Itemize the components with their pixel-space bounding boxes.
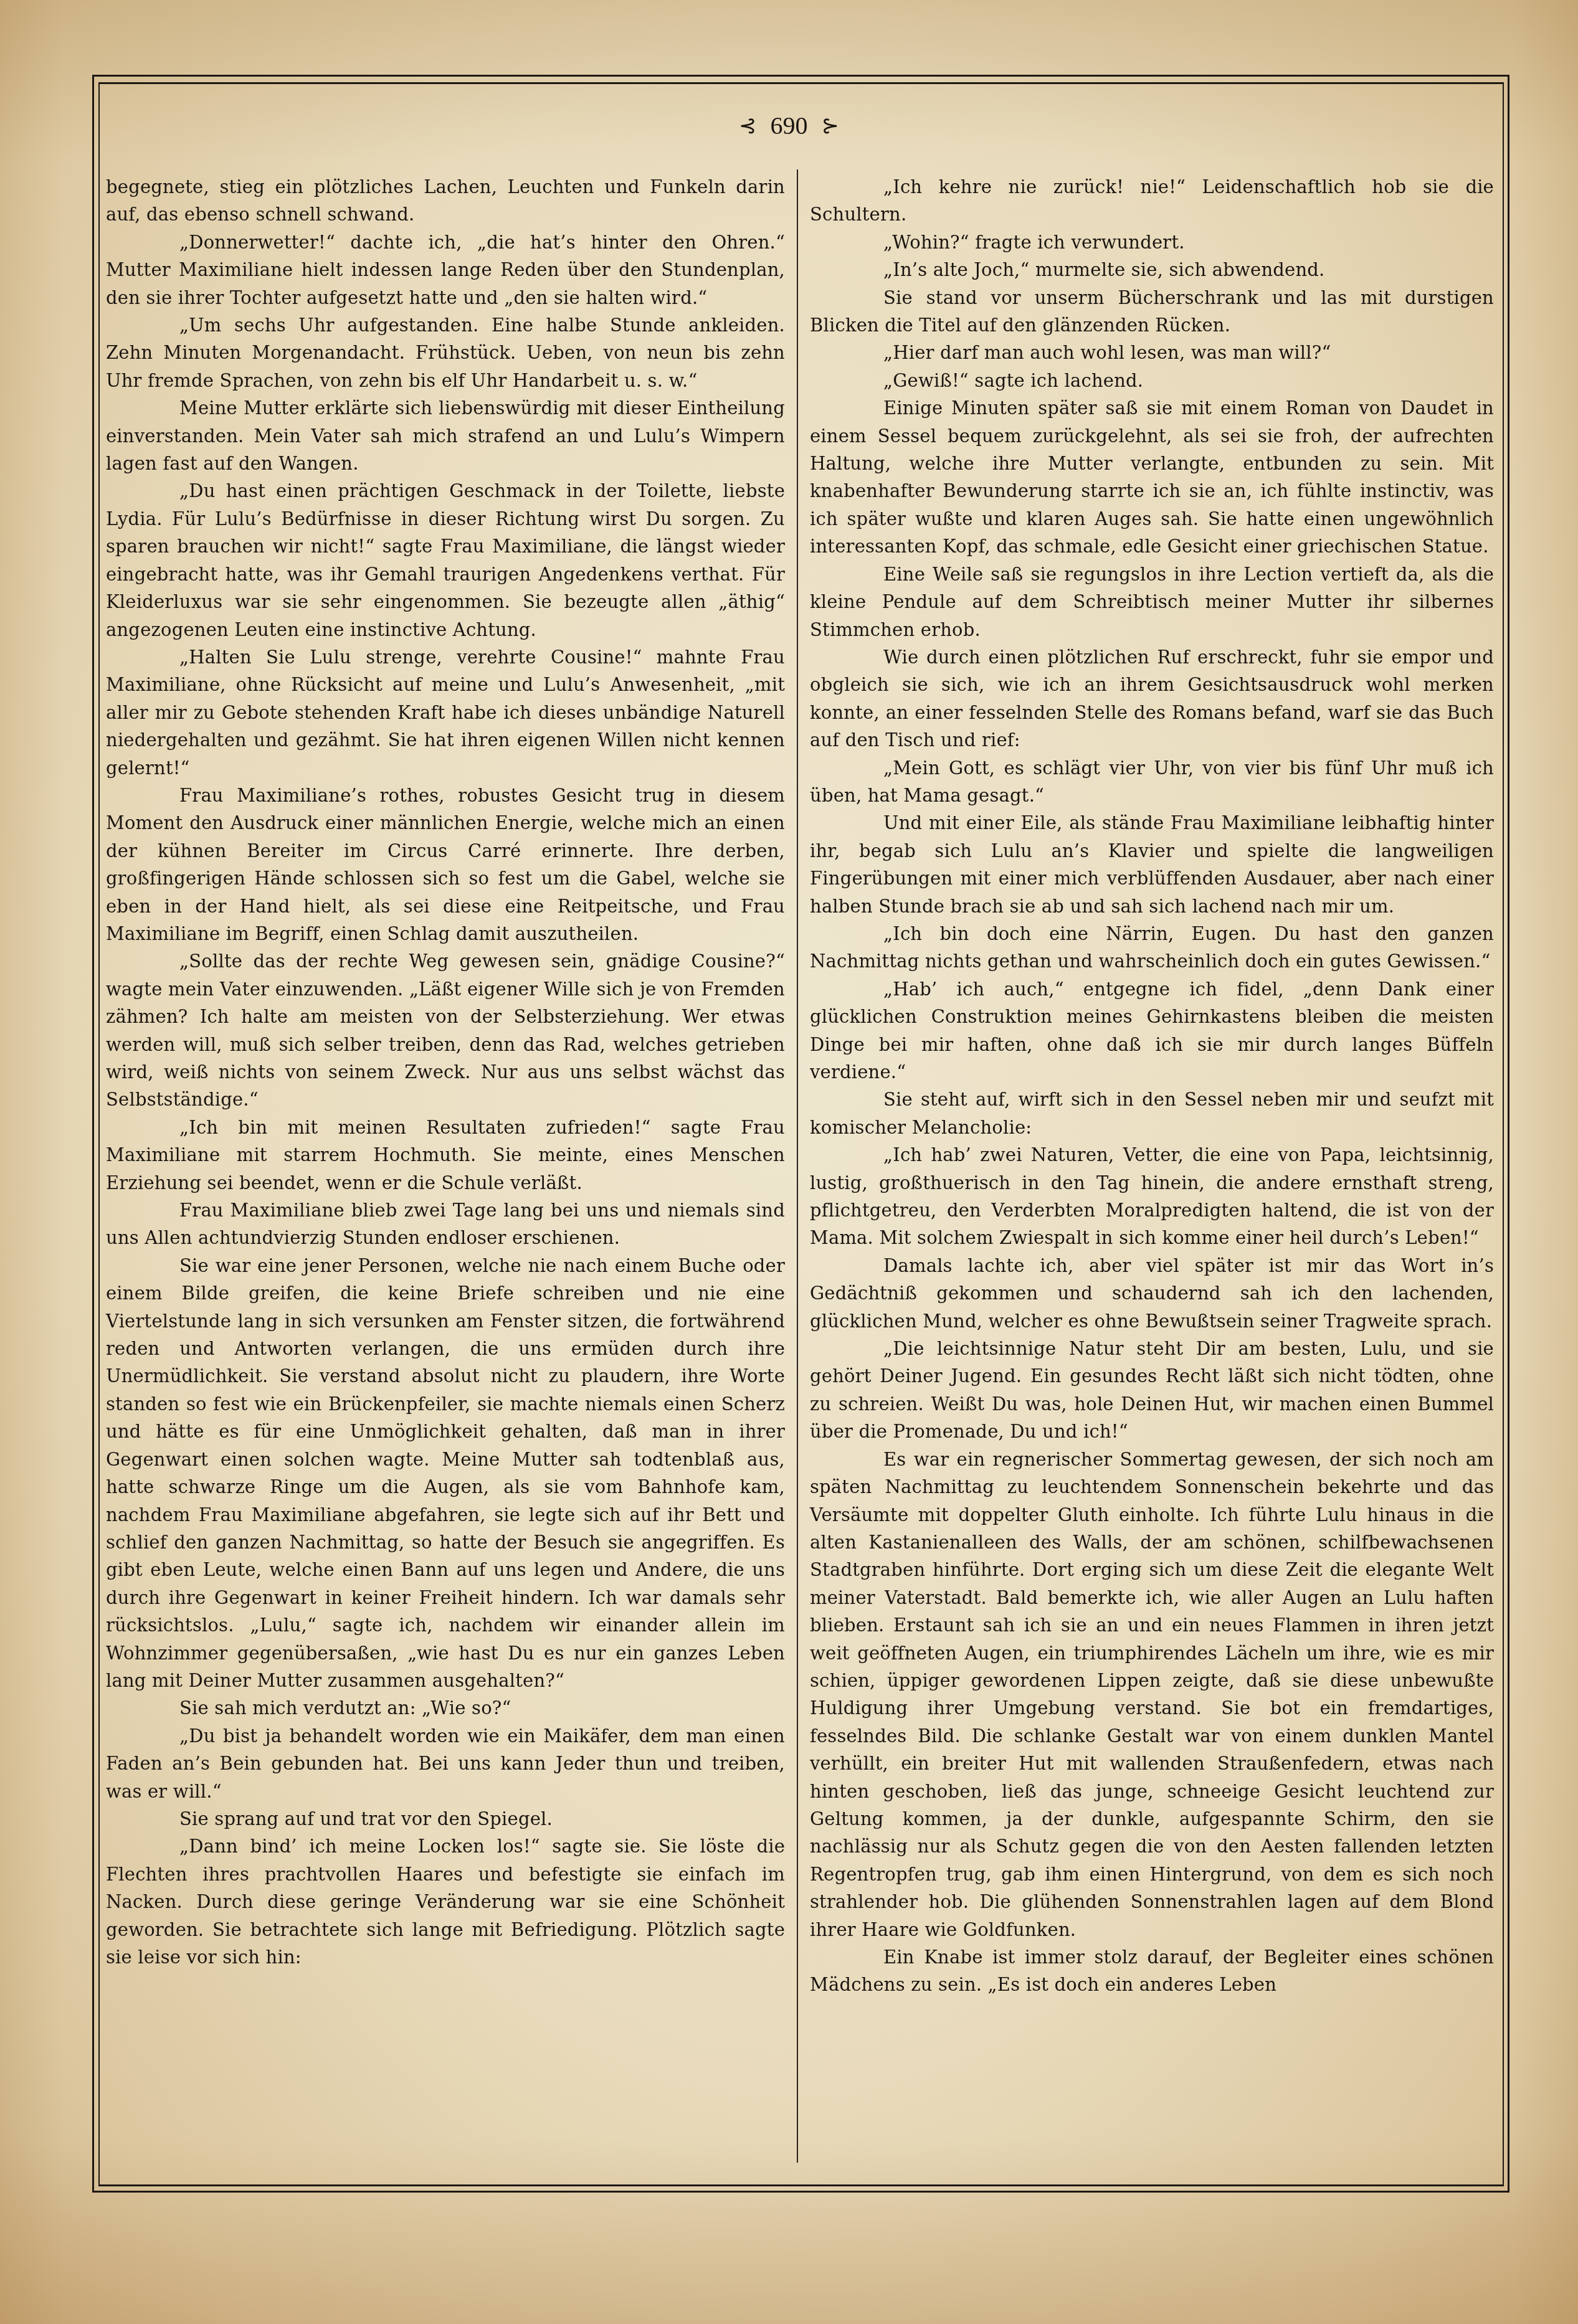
paragraph: begegnete, stieg ein plötzliches Lachen,… [106,173,785,229]
paragraph: Einige Minuten später saß sie mit einem … [810,394,1494,560]
paragraph: „Gewiß!“ sagte ich lachend. [810,367,1494,394]
paragraph: „Ich bin mit meinen Resultaten zufrieden… [106,1114,785,1197]
paragraph: „Sollte das der rechte Weg gewesen sein,… [106,947,785,1113]
paragraph: Und mit einer Eile, als stände Frau Maxi… [810,809,1494,920]
ornament-right-icon: ⊱ [822,113,840,140]
paragraph: „Donnerwetter!“ dachte ich, „die hat’s h… [106,229,785,311]
page-number: 690 [771,111,808,140]
paragraph: „Hier darf man auch wohl lesen, was man … [810,339,1494,366]
paragraph: Sie war eine jener Personen, welche nie … [106,1252,785,1695]
paragraph: Wie durch einen plötzlichen Ruf erschrec… [810,643,1494,754]
paragraph: Frau Maximiliane blieb zwei Tage lang be… [106,1197,785,1252]
paragraph: Frau Maximiliane’s rothes, robustes Gesi… [106,782,785,947]
page-header: ⊰690⊱ [0,112,1578,140]
paragraph: Sie stand vor unserm Bücherschrank und l… [810,284,1494,339]
paragraph: Ein Knabe ist immer stolz darauf, der Be… [810,1943,1494,1999]
paragraph: „Die leichtsinnige Natur steht Dir am be… [810,1335,1494,1446]
paragraph: „Mein Gott, es schlägt vier Uhr, von vie… [810,754,1494,810]
paragraph: „Ich bin doch eine Närrin, Eugen. Du has… [810,920,1494,975]
ornament-left-icon: ⊰ [739,113,757,140]
paragraph: „Du hast einen prächtigen Geschmack in d… [106,477,785,643]
paragraph: „Dann bind’ ich meine Locken los!“ sagte… [106,1833,785,1971]
paragraph: „Halten Sie Lulu strenge, verehrte Cousi… [106,643,785,782]
paragraph: „Um sechs Uhr aufgestanden. Eine halbe S… [106,311,785,394]
paragraph: Damals lachte ich, aber viel später ist … [810,1252,1494,1335]
paragraph: Meine Mutter erklärte sich liebenswürdig… [106,394,785,477]
paragraph: Sie sah mich verdutzt an: „Wie so?“ [106,1694,785,1722]
paragraph: Eine Weile saß sie regungslos in ihre Le… [810,561,1494,643]
paragraph: „Ich kehre nie zurück! nie!“ Leidenschaf… [810,173,1494,229]
paragraph: Sie steht auf, wirft sich in den Sessel … [810,1086,1494,1141]
paragraph: „Hab’ ich auch,“ entgegne ich fidel, „de… [810,975,1494,1086]
paragraph: „Wohin?“ fragte ich verwundert. [810,229,1494,256]
paragraph: „Ich hab’ zwei Naturen, Vetter, die eine… [810,1141,1494,1252]
column-divider [797,169,798,2163]
paragraph: „In’s alte Joch,“ murmelte sie, sich abw… [810,256,1494,283]
paragraph: „Du bist ja behandelt worden wie ein Mai… [106,1722,785,1805]
left-column: begegnete, stieg ein plötzliches Lachen,… [106,173,785,1971]
paragraph: Sie sprang auf und trat vor den Spiegel. [106,1805,785,1833]
paragraph: Es war ein regnerischer Sommertag gewese… [810,1446,1494,1943]
right-column: „Ich kehre nie zurück! nie!“ Leidenschaf… [810,173,1494,1999]
